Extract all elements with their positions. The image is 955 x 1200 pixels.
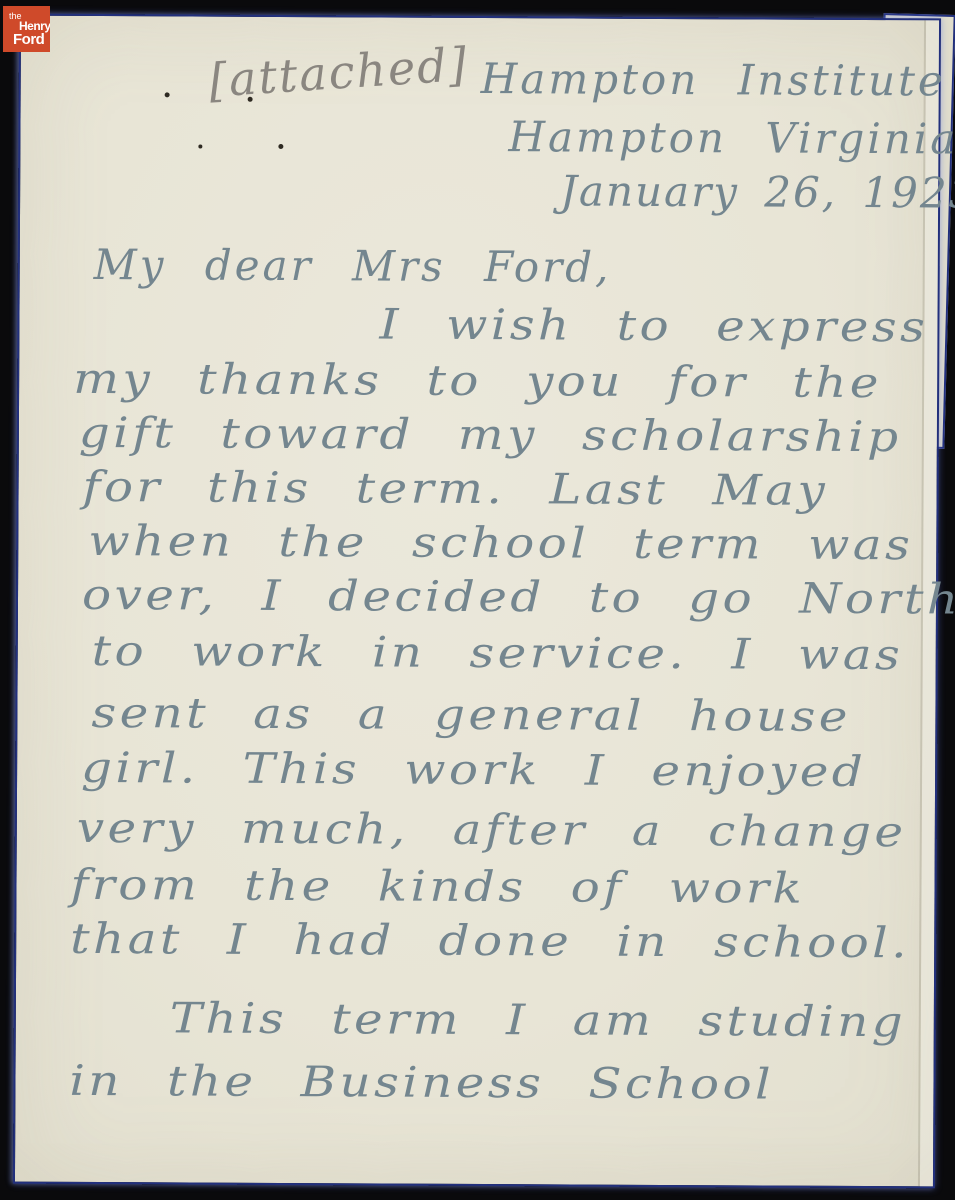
letter-salutation: My dear Mrs Ford, <box>94 240 612 292</box>
scan-background: [attached] Hampton Institute Hampton Vir… <box>0 0 955 1200</box>
letter-line: that I had done in school. <box>70 914 910 967</box>
pin-hole <box>165 92 170 97</box>
letter-line: sent as a general house <box>91 688 851 741</box>
letter-line: to work in service. I was <box>92 626 904 679</box>
letter-line: I wish to express <box>379 299 928 351</box>
letter-line: very much, after a change <box>77 803 907 856</box>
letter-line: in the Business School <box>69 1056 774 1109</box>
letter-line: gift toward my scholarship <box>79 408 902 461</box>
letter-line: my thanks to you for the <box>73 354 882 407</box>
letter-line: for this term. Last May <box>82 462 828 515</box>
letter-line: when the school term was <box>88 516 913 569</box>
logo-text-ford: Ford <box>13 33 50 47</box>
henry-ford-logo: the Henry Ford <box>3 6 50 52</box>
letter-line: Hampton Virginia <box>508 112 955 163</box>
letter-page: [attached] Hampton Institute Hampton Vir… <box>13 14 941 1189</box>
pin-hole <box>198 145 202 149</box>
letter-line: Hampton Institute <box>481 54 946 105</box>
letter-line: January 26, 1923 <box>560 166 955 217</box>
letter-line: This term I am studing <box>170 993 907 1046</box>
pin-hole <box>278 144 283 149</box>
letter-line: over, I decided to go North <box>82 570 955 624</box>
letter-line: from the kinds of work <box>70 860 805 913</box>
pencil-annotation: [attached] <box>207 37 470 108</box>
letter-line: girl. This work I enjoyed <box>81 743 866 796</box>
